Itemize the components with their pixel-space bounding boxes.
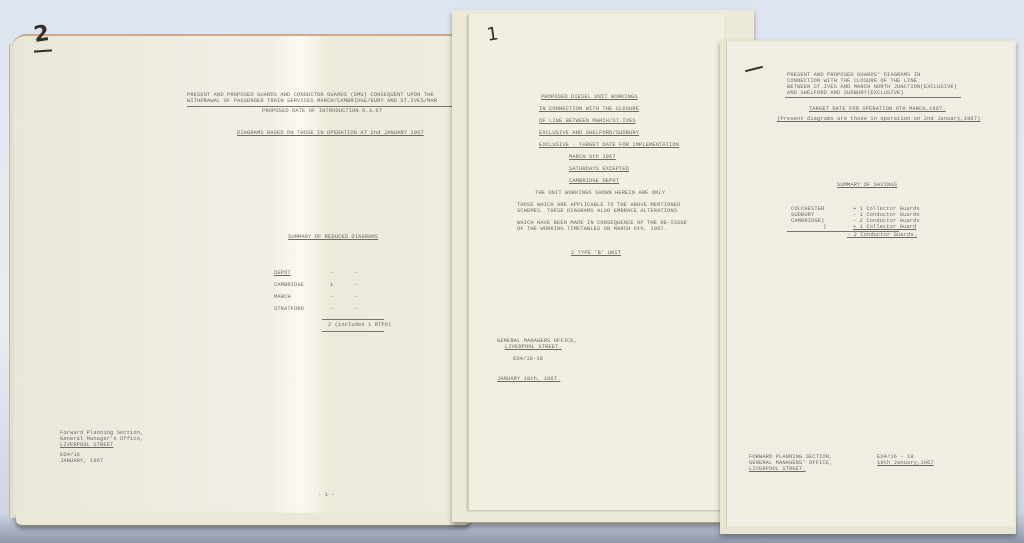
- footer-line-3: LIVERPOOL STREET: [60, 442, 113, 448]
- days-line: SATURDAYS EXCEPTED: [569, 166, 629, 172]
- summary-value: -: [354, 294, 357, 300]
- title-line-3: OF LINE BETWEEN MARCH/ST.IVES: [539, 118, 636, 124]
- title-line-4: EXCLUSIVE AND SHELFORD/SUDBURY: [539, 130, 639, 136]
- body-line-1: THE UNIT WORKINGS SHOWN HEREIN ARE ONLY: [535, 190, 665, 196]
- savings-depot-cambridge: CAMBRIDGE): [791, 218, 824, 224]
- summary-value: -: [330, 306, 333, 312]
- page-stack-edge: [16, 513, 470, 526]
- title-rule: [187, 106, 463, 107]
- left-booklet-document: 2 PRESENT AND PROPOSED GUARDS AND CONDUC…: [12, 34, 464, 518]
- middle-document: 1 PROPOSED DIESEL UNIT WORKINGS IN CONNE…: [468, 14, 724, 510]
- title-line-3: PROPOSED DATE OF INTRODUCTION 6.3.67: [262, 108, 382, 114]
- summary-value: -: [354, 270, 357, 276]
- page-number: - 1 -: [318, 492, 335, 498]
- title-line-2: WITHDRAWAL OF PASSENGER TRAIN SERVICES M…: [187, 98, 437, 104]
- summary-heading: SUMMARY OF REDUCED DIAGRAMS: [288, 234, 378, 240]
- reference-code: ED4/16-18: [513, 356, 543, 362]
- unit-note: 2 TYPE 'B' UNIT: [571, 250, 621, 256]
- summary-value: -: [354, 282, 357, 288]
- body-line-5: OF THE WORKING TIMETABLES ON MARCH 6th, …: [517, 226, 667, 232]
- pen-underline-mark: [34, 49, 52, 52]
- depot-line: CAMBRIDGE DEPOT: [569, 178, 619, 184]
- summary-depot-cambridge: CAMBRIDGE: [274, 282, 304, 288]
- summary-depot-stratford: STRATFORD: [274, 306, 304, 312]
- summary-total: 2 (includes 1 RTPO): [328, 322, 391, 328]
- body-line-3: SCHEMES. THESE DIAGRAMS ALSO EMBRACE ALT…: [517, 208, 677, 214]
- target-date: TARGET DATE FOR OPERATION 6TH MARCH,1967…: [809, 106, 946, 112]
- footer-line-2: LIVERPOOL STREET.: [505, 344, 562, 350]
- savings-change: + 1 Collector Guard: [853, 224, 916, 230]
- pen-mark-number: 1: [487, 31, 499, 39]
- pen-dash-mark: [745, 66, 763, 72]
- document-date: JANUARY 18th, 1967.: [497, 376, 560, 382]
- title-rule: [785, 97, 961, 98]
- title-line-5: EXCLUSIVE - TARGET DATE FOR IMPLEMENTATI…: [539, 142, 679, 148]
- total-rule-bottom: [322, 331, 384, 332]
- savings-depot-bracket: ): [823, 224, 826, 230]
- right-document: PRESENT AND PROPOSED GUARDS' DIAGRAMS IN…: [726, 42, 1014, 526]
- summary-depot-label: DEPOT: [274, 270, 291, 276]
- summary-value: -: [330, 294, 333, 300]
- title-line-2: IN CONNECTION WITH THE CLOSURE: [539, 106, 639, 112]
- summary-value: -: [354, 306, 357, 312]
- summary-depot-march: MARCH: [274, 294, 291, 300]
- present-diagrams-note: (Present diagrams are those in operation…: [777, 116, 980, 122]
- title-line-1: PROPOSED DIESEL UNIT WORKINGS: [541, 94, 638, 100]
- summary-value: -: [330, 270, 333, 276]
- diagram-subtitle: DIAGRAMS BASED ON THOSE IN OPERATION AT …: [237, 130, 424, 136]
- savings-heading: SUMMARY OF SAVINGS: [837, 182, 897, 188]
- footer-line-3: LIVERPOOL STREET.: [749, 466, 806, 472]
- title-line-4: AND SHELFORD AND SUDBURY(EXCLUSIVE): [787, 90, 904, 96]
- summary-value: 1: [330, 282, 333, 288]
- savings-total: - 2 Conductor Guards.: [847, 232, 917, 238]
- document-date: 18th January,1967: [877, 460, 934, 466]
- total-rule: [322, 319, 384, 320]
- pen-mark-number: 2: [34, 31, 50, 39]
- document-date: JANUARY, 1967: [60, 458, 103, 464]
- target-date: MARCH 6th 1967: [569, 154, 616, 160]
